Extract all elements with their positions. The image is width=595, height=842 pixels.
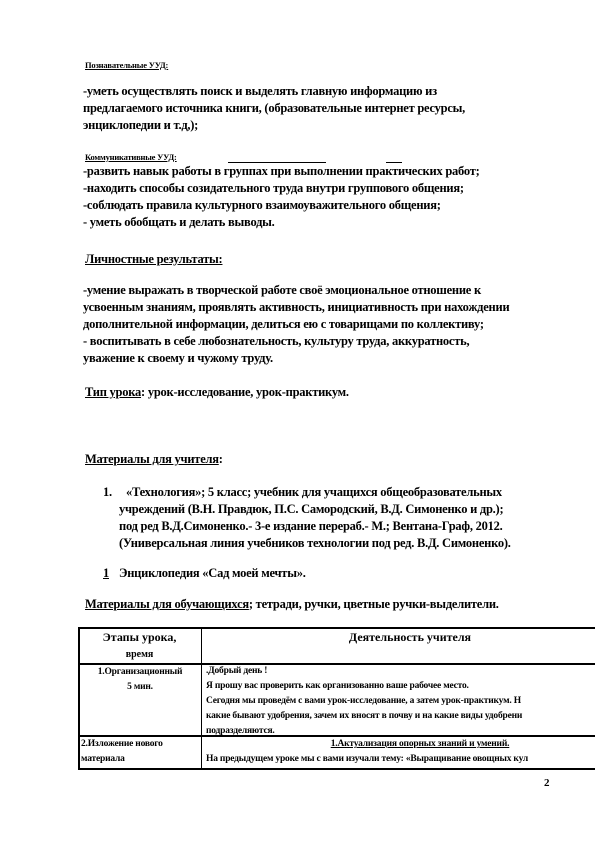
- cell-line: 2.Изложение нового: [81, 737, 163, 752]
- table-cell-stage: 2.Изложение нового материала: [81, 737, 163, 767]
- list-item-number: 1.: [103, 484, 112, 501]
- cell-line: Я прошу вас проверить как организованно …: [206, 679, 522, 694]
- student-materials-label: Материалы для обучающихся: [85, 597, 249, 611]
- text-line: -находить способы созидательного труда в…: [83, 180, 480, 197]
- page-number: 2: [544, 777, 550, 789]
- text-line: -соблюдать правила культурного взаимоува…: [83, 197, 480, 214]
- text-line: учреждений (В.Н. Правдюк, П.С. Самородск…: [119, 501, 511, 518]
- cell-line: какие бывают удобрения, зачем их вносят …: [206, 709, 522, 724]
- communicative-uud-text: -развить навык работы в группах при выпо…: [83, 163, 480, 231]
- teacher-materials-label: Материалы для учителя: [85, 452, 219, 466]
- table-cell-activity: .Добрый день ! Я прошу вас проверить как…: [206, 664, 522, 739]
- text-line: предлагаемого источника книги, (образова…: [83, 100, 465, 117]
- text-line: дополнительной информации, делиться ею с…: [83, 316, 509, 333]
- student-materials: Материалы для обучающихся; тетради, ручк…: [85, 596, 499, 613]
- personal-results-heading: Личностные результаты:: [85, 252, 222, 267]
- table-header-stage: Этапы урока, время: [78, 629, 201, 663]
- header-line: Этапы урока,: [78, 629, 201, 646]
- text-line: (Универсальная линия учебников технологи…: [119, 535, 511, 552]
- personal-results-text: -умение выражать в творческой работе сво…: [83, 282, 509, 367]
- text-line: -развить навык работы в группах при выпо…: [83, 163, 480, 180]
- text-line: - уметь обобщать и делать выводы.: [83, 214, 480, 231]
- teacher-materials-item-1: «Технология»; 5 класс; учебник для учащи…: [119, 484, 511, 552]
- cognitive-uud-heading: Познавательные УУД:: [85, 60, 168, 70]
- lesson-type-label: Тип урока: [85, 385, 141, 399]
- text-line: -уметь осуществлять поиск и выделять гла…: [83, 83, 465, 100]
- text-line: уважение к своему и чужому труду.: [83, 350, 509, 367]
- cognitive-uud-text: -уметь осуществлять поиск и выделять гла…: [83, 83, 465, 134]
- communicative-uud-heading: Коммуникативные УУД:: [85, 152, 177, 162]
- cell-line: 1.Организационный: [81, 665, 199, 680]
- table-cell-stage: 1.Организационный 5 мин.: [81, 665, 199, 695]
- text-line: усвоенным знаниям, проявлять активность,…: [83, 299, 509, 316]
- table-header-activity: Деятельность учителя: [202, 629, 595, 646]
- cell-heading: 1.Актуализация опорных знаний и умений.: [202, 737, 595, 752]
- cell-line: Сегодня мы проведём с вами урок-исследов…: [206, 694, 522, 709]
- lesson-type-value: : урок-исследование, урок-практикум.: [141, 385, 349, 399]
- table-cell-activity: 1.Актуализация опорных знаний и умений. …: [202, 737, 595, 767]
- teacher-materials-item-2: 1Энциклопедия «Сад моей мечты».: [103, 565, 306, 582]
- header-line: время: [78, 646, 201, 663]
- lesson-table: Этапы урока, время Деятельность учителя …: [78, 627, 595, 769]
- cell-line: материала: [81, 752, 163, 767]
- heading-colon: :: [219, 452, 223, 466]
- text-line: энциклопедии и т.д,);: [83, 117, 465, 134]
- text-line: под ред В.Д.Симоненко.- 3-е издание пере…: [119, 518, 511, 535]
- cell-line: 5 мин.: [81, 680, 199, 695]
- text-line: -умение выражать в творческой работе сво…: [83, 282, 509, 299]
- teacher-materials-heading: Материалы для учителя:: [85, 451, 223, 468]
- cell-line: На предыдущем уроке мы с вами изучали те…: [202, 752, 595, 767]
- text-line: «Технология»; 5 класс; учебник для учащи…: [119, 484, 511, 501]
- text-line: Энциклопедия «Сад моей мечты».: [119, 566, 306, 580]
- table-border: [78, 768, 595, 770]
- student-materials-value: ; тетради, ручки, цветные ручки-выделите…: [249, 597, 499, 611]
- list-item-number: 1: [103, 565, 119, 582]
- cell-line: .Добрый день !: [206, 664, 522, 679]
- lesson-type: Тип урока: урок-исследование, урок-практ…: [85, 384, 349, 401]
- text-line: - воспитывать в себе любознательность, к…: [83, 333, 509, 350]
